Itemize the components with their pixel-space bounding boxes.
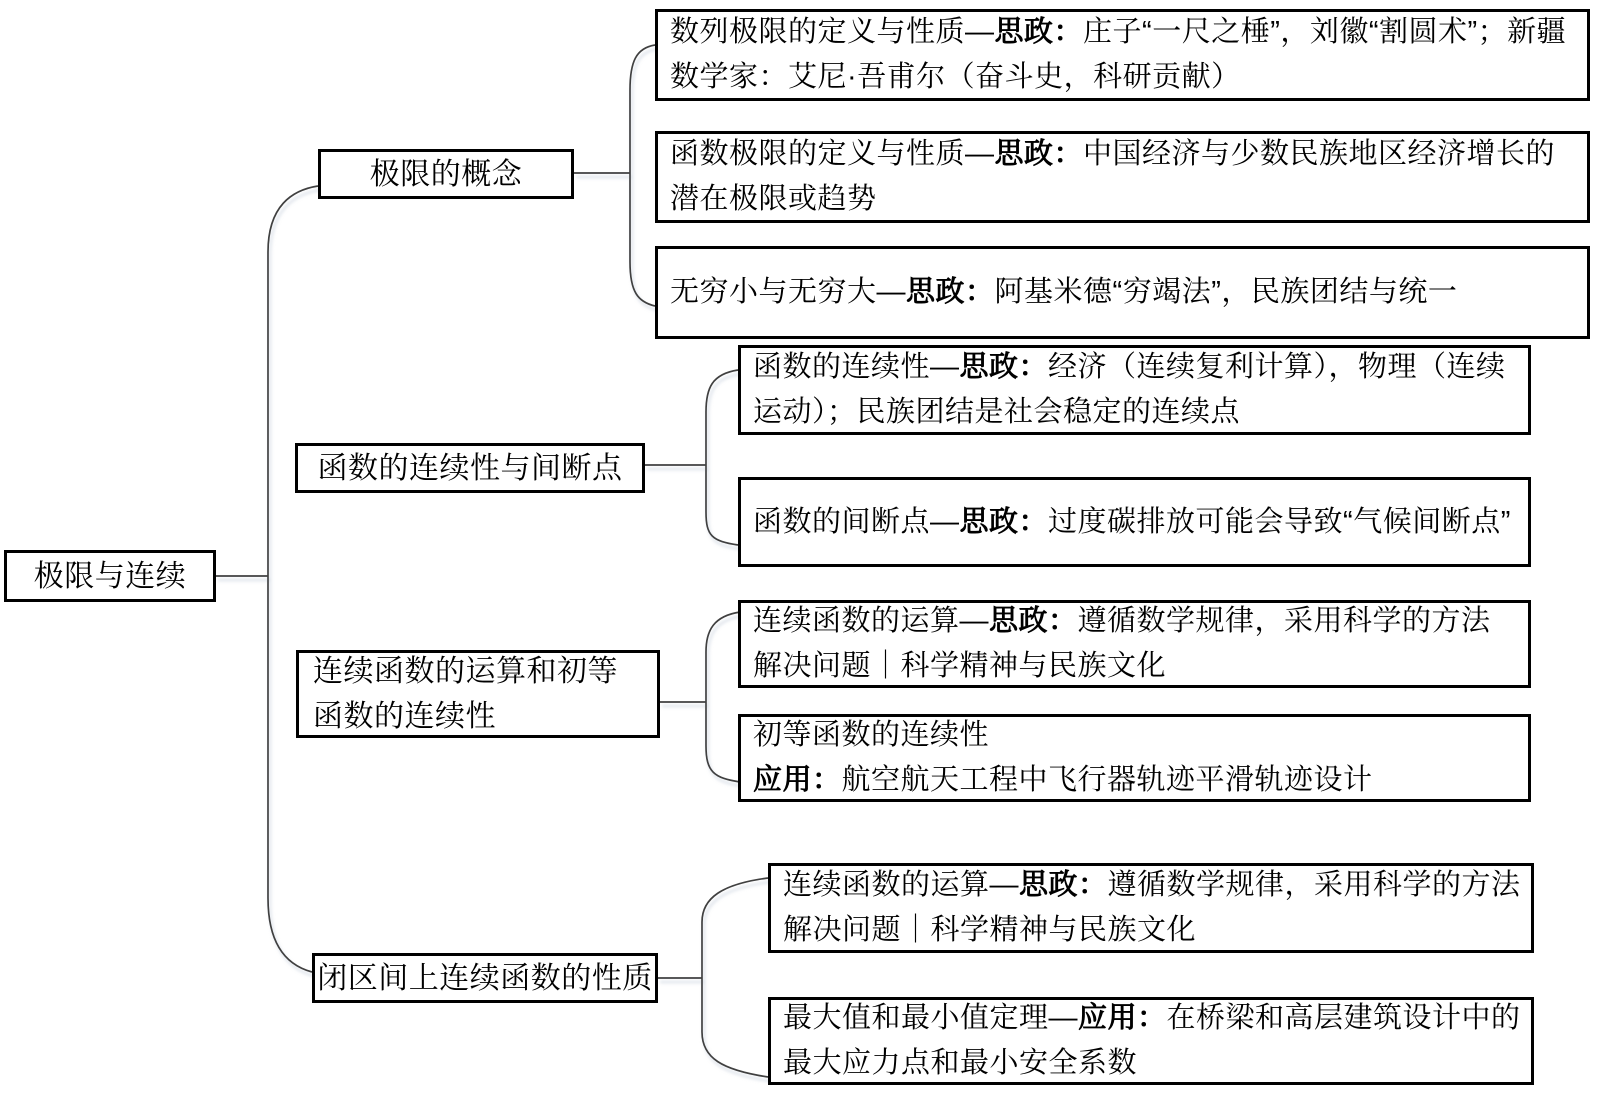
leaf-text-run: 阿基米德“穷竭法”，民族团结与统一 bbox=[995, 276, 1458, 308]
leaf-text-run: 航空航天工程中飞行器轨迹平滑轨迹设计 bbox=[842, 764, 1373, 796]
leaf-text: 最大值和最小值定理—应用：在桥梁和高层建筑设计中的最大应力点和最小安全系数 bbox=[783, 996, 1521, 1086]
leaf-node-function-continuity[interactable]: 函数的连续性—思政：经济（连续复利计算），物理（连续运动）；民族团结是社会稳定的… bbox=[738, 345, 1531, 435]
leaf-text-run: 初等函数的连续性 bbox=[753, 719, 989, 751]
leaf-text-run: 最大值和最小值定理— bbox=[783, 1002, 1078, 1034]
leaf-text-emphasis: 应用： bbox=[1078, 1002, 1167, 1034]
leaf-text-emphasis: 思政： bbox=[989, 605, 1078, 637]
leaf-text-emphasis: 思政： bbox=[995, 138, 1084, 170]
connector-branch1-spine bbox=[630, 45, 655, 306]
leaf-text-emphasis: 思政： bbox=[1019, 869, 1108, 901]
leaf-text: 函数的连续性—思政：经济（连续复利计算），物理（连续运动）；民族团结是社会稳定的… bbox=[753, 345, 1518, 435]
leaf-node-sequence-limit[interactable]: 数列极限的定义与性质—思政：庄子“一尺之棰”，刘徽“割圆术”；新疆数学家：艾尼·… bbox=[655, 9, 1590, 101]
branch-label: 连续函数的运算和初等 函数的连续性 bbox=[299, 649, 657, 739]
leaf-text: 连续函数的运算—思政：遵循数学规律，采用科学的方法解决问题｜科学精神与民族文化 bbox=[783, 863, 1521, 953]
leaf-text-run: 函数极限的定义与性质— bbox=[670, 138, 995, 170]
leaf-text: 初等函数的连续性 应用：航空航天工程中飞行器轨迹平滑轨迹设计 bbox=[753, 713, 1518, 803]
connector-branch4-spine bbox=[702, 878, 768, 1077]
branch-label: 函数的连续性与间断点 bbox=[298, 446, 642, 491]
root-label: 极限与连续 bbox=[7, 554, 213, 599]
leaf-node-max-min-theorem[interactable]: 最大值和最小值定理—应用：在桥梁和高层建筑设计中的最大应力点和最小安全系数 bbox=[768, 997, 1534, 1085]
leaf-text-run: 函数的连续性— bbox=[753, 351, 960, 383]
connector-root-spine bbox=[268, 186, 318, 972]
mindmap-canvas: 极限与连续 极限的概念 函数的连续性与间断点 连续函数的运算和初等 函数的连续性… bbox=[0, 0, 1598, 1096]
leaf-node-infinitesimal-infinite[interactable]: 无穷小与无穷大—思政：阿基米德“穷竭法”，民族团结与统一 bbox=[655, 246, 1590, 339]
branch-node-closed-interval-properties[interactable]: 闭区间上连续函数的性质 bbox=[312, 953, 658, 1003]
leaf-node-elementary-function-continuity[interactable]: 初等函数的连续性 应用：航空航天工程中飞行器轨迹平滑轨迹设计 bbox=[738, 714, 1531, 802]
leaf-node-continuous-function-operations-2[interactable]: 连续函数的运算—思政：遵循数学规律，采用科学的方法解决问题｜科学精神与民族文化 bbox=[768, 863, 1534, 953]
leaf-text: 无穷小与无穷大—思政：阿基米德“穷竭法”，民族团结与统一 bbox=[670, 270, 1577, 315]
leaf-text: 函数的间断点—思政：过度碳排放可能会导致“气候间断点” bbox=[753, 500, 1518, 545]
connector-branch2-spine bbox=[706, 370, 738, 545]
leaf-text: 连续函数的运算—思政：遵循数学规律，采用科学的方法解决问题｜科学精神与民族文化 bbox=[753, 599, 1518, 689]
leaf-text-emphasis: 思政： bbox=[995, 16, 1084, 48]
leaf-text-emphasis: 思政： bbox=[960, 506, 1049, 538]
leaf-node-discontinuity-points[interactable]: 函数的间断点—思政：过度碳排放可能会导致“气候间断点” bbox=[738, 477, 1531, 567]
branch-label: 极限的概念 bbox=[321, 152, 571, 197]
leaf-node-continuous-function-operations[interactable]: 连续函数的运算—思政：遵循数学规律，采用科学的方法解决问题｜科学精神与民族文化 bbox=[738, 600, 1531, 688]
connector-branch3-spine bbox=[706, 612, 740, 782]
leaf-text-emphasis: 应用： bbox=[753, 764, 842, 796]
leaf-text-run: 函数的间断点— bbox=[753, 506, 960, 538]
branch-label: 闭区间上连续函数的性质 bbox=[315, 956, 655, 1001]
branch-node-limit-concept[interactable]: 极限的概念 bbox=[318, 149, 574, 199]
leaf-text: 函数极限的定义与性质—思政：中国经济与少数民族地区经济增长的潜在极限或趋势 bbox=[670, 132, 1577, 222]
leaf-node-function-limit[interactable]: 函数极限的定义与性质—思政：中国经济与少数民族地区经济增长的潜在极限或趋势 bbox=[655, 131, 1590, 223]
branch-node-operations-elementary-continuity[interactable]: 连续函数的运算和初等 函数的连续性 bbox=[296, 650, 660, 738]
root-node-limits-and-continuity[interactable]: 极限与连续 bbox=[4, 550, 216, 602]
leaf-text-emphasis: 思政： bbox=[906, 276, 995, 308]
leaf-text: 数列极限的定义与性质—思政：庄子“一尺之棰”，刘徽“割圆术”；新疆数学家：艾尼·… bbox=[670, 10, 1577, 100]
leaf-text-run: 连续函数的运算— bbox=[783, 869, 1019, 901]
leaf-text-run: 数列极限的定义与性质— bbox=[670, 16, 995, 48]
leaf-text-run: 过度碳排放可能会导致“气候间断点” bbox=[1048, 506, 1511, 538]
branch-node-continuity-and-discontinuity[interactable]: 函数的连续性与间断点 bbox=[295, 443, 645, 493]
leaf-text-run: 连续函数的运算— bbox=[753, 605, 989, 637]
leaf-text-run: 无穷小与无穷大— bbox=[670, 276, 906, 308]
leaf-text-emphasis: 思政： bbox=[960, 351, 1049, 383]
